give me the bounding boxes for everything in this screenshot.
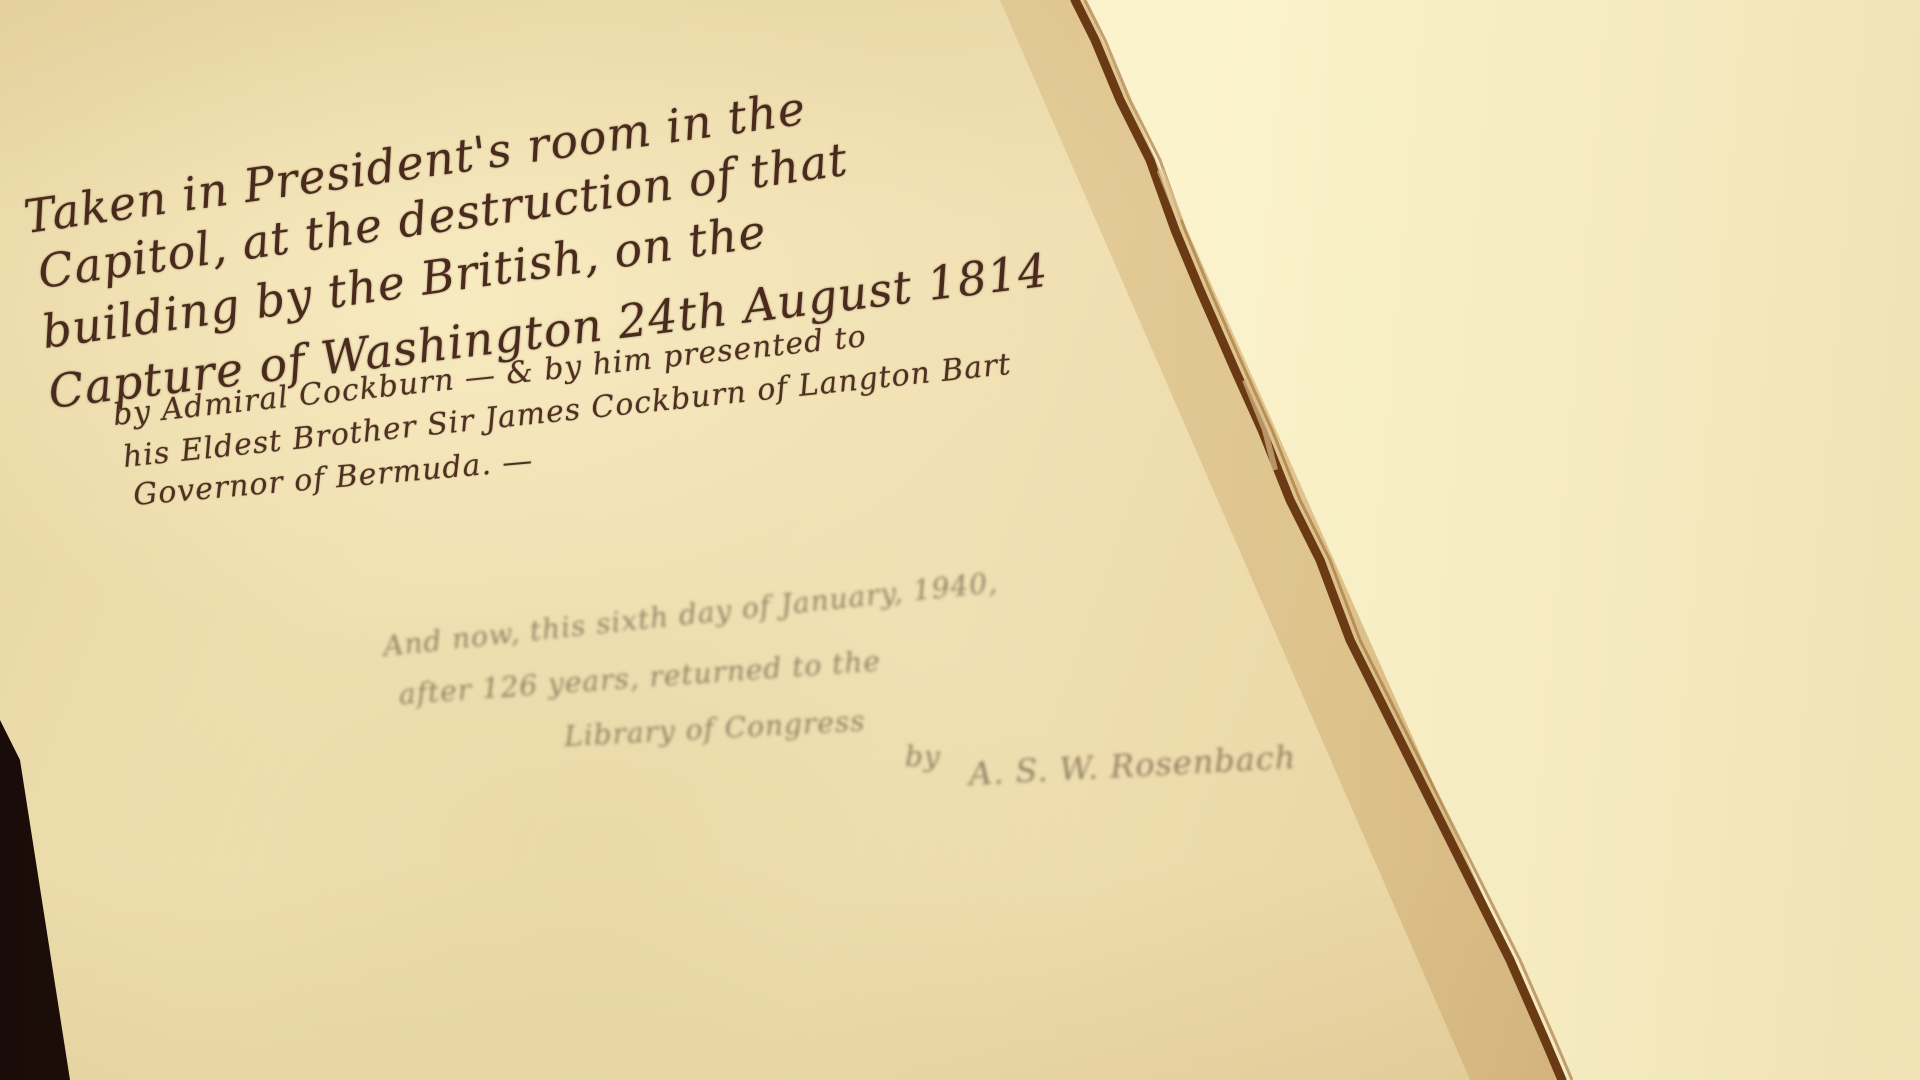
document-photo: Taken in President's room in the Capitol… [0, 0, 1920, 1080]
annotation-line-4: by [905, 740, 941, 773]
